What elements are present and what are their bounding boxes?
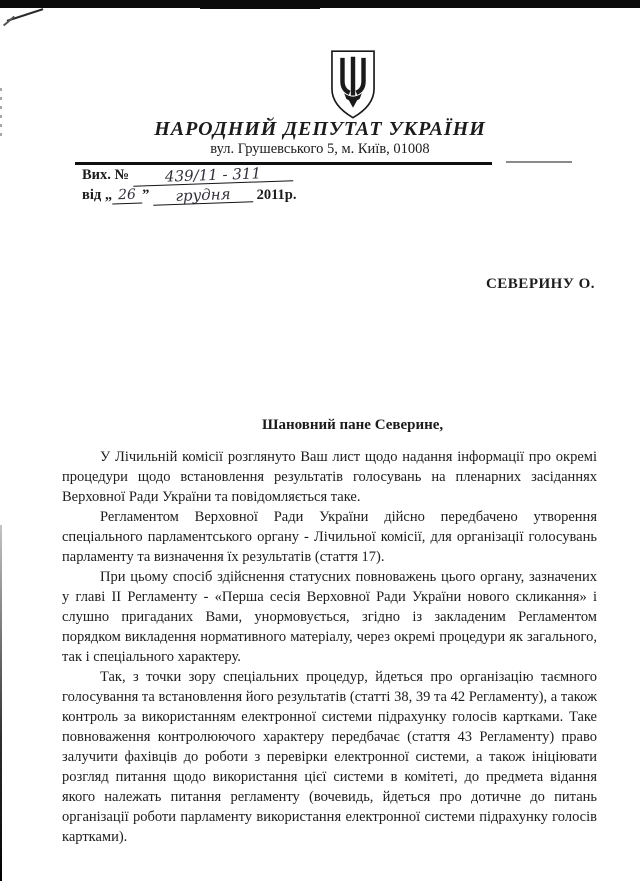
scan-top-band-rough-edge [200,7,320,9]
scan-corner-scratch-small [3,16,15,27]
letter-body: У Лічильній комісії розглянуто Ваш лист … [62,447,597,847]
outgoing-number-line: Вих. № 439/11 - 311 [82,167,296,187]
letterhead-address: вул. Грушевського 5, м. Київ, 01008 [0,141,640,158]
letterhead-title: НАРОДНИЙ ДЕПУТАТ УКРАЇНИ [0,118,640,141]
date-year: 2011р. [257,187,297,203]
date-label: від [82,187,101,203]
scanned-letter-page: НАРОДНИЙ ДЕПУТАТ УКРАЇНИ вул. Грушевсько… [0,0,640,881]
date-month-handwritten: грудня [153,185,254,205]
reference-block: Вих. № 439/11 - 311 від „26” грудня 2011… [82,167,296,207]
body-paragraph-3: При цьому спосіб здійснення статусних по… [62,567,597,667]
body-paragraph-1: У Лічильній комісії розглянуто Ваш лист … [62,447,597,507]
outgoing-number-label: Вих. № [82,167,129,183]
letterhead-rule-secondary [506,161,572,163]
scan-corner-scratch [7,8,44,22]
addressee-name: СЕВЕРИНУ О. [486,276,595,293]
scan-top-black-band [0,0,640,8]
salutation: Шановний пане Северине, [262,417,443,434]
outgoing-number-handwritten: 439/11 - 311 [132,164,292,187]
body-paragraph-4: Так, з точки зору спеціальних процедур, … [62,667,597,847]
date-line: від „26” грудня 2011р. [82,187,296,207]
body-paragraph-2: Регламентом Верховної Ради України дійсн… [62,507,597,567]
scan-left-edge-line [0,525,2,881]
date-day-handwritten: 26 [112,186,143,204]
ukrainian-trident-emblem-icon [324,49,382,121]
date-close-quote: ” [142,187,149,203]
